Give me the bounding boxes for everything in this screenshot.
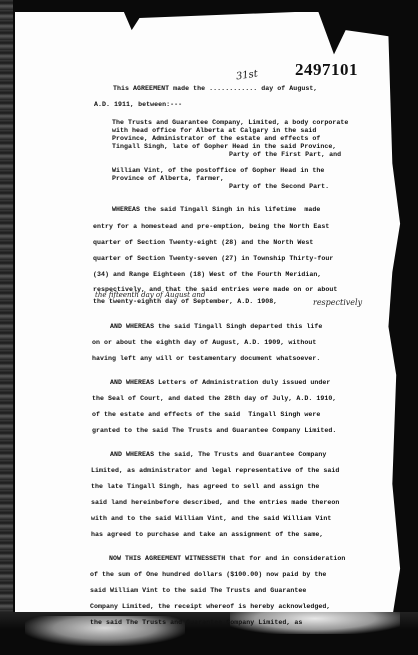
document-line: AND WHEREAS the said, The Trusts and Gua… xyxy=(110,452,326,459)
document-line: the Seal of Court, and dated the 28th da… xyxy=(92,396,336,403)
document-line: Company Limited, the receipt whereof is … xyxy=(90,604,330,611)
document-line: WHEREAS the said Tingall Singh in his li… xyxy=(112,207,320,214)
document-line: on or about the eighth day of August, A.… xyxy=(92,340,316,347)
scan-left-edge xyxy=(0,0,13,655)
document-page xyxy=(15,12,404,617)
document-number: 2497101 xyxy=(295,60,358,80)
document-line: Province of Alberta, farmer, xyxy=(112,176,224,183)
document-line: Province, Administrator of the estate an… xyxy=(112,136,320,143)
document-line: with head office for Alberta at Calgary … xyxy=(112,128,316,135)
document-line: Tingall Singh, late of Gopher Head in th… xyxy=(112,144,336,151)
document-line: the late Tingall Singh, has agreed to se… xyxy=(91,484,319,491)
document-line: AND WHEREAS Letters of Administration du… xyxy=(110,380,330,387)
document-line: AND WHEREAS the said Tingall Singh depar… xyxy=(110,324,322,331)
document-line: quarter of Section Twenty-eight (28) and… xyxy=(93,240,313,247)
document-line: The Trusts and Guarantee Company, Limite… xyxy=(112,120,348,127)
document-line: Limited, as administrator and legal repr… xyxy=(91,468,339,475)
document-line: granted to the said The Trusts and Guara… xyxy=(92,428,336,435)
document-line: entry for a homestead and pre-emption, b… xyxy=(93,224,329,231)
document-line: A.D. 1911, between:--- xyxy=(94,102,182,109)
document-line: NOW THIS AGREEMENT WITNESSETH that for a… xyxy=(109,556,345,563)
document-line: respectively, and that the said entries … xyxy=(93,287,337,294)
handwritten-respectively: respectively xyxy=(313,298,362,307)
document-line: William Vint, of the postoffice of Gophe… xyxy=(112,168,324,175)
document-line: with and to the said William Vint, and t… xyxy=(91,516,331,523)
document-line: the twenty-eighth day of September, A.D.… xyxy=(93,299,277,306)
document-line: Party of the First Part, and xyxy=(229,152,341,159)
document-line: of the sum of One hundred dollars ($100.… xyxy=(90,572,326,579)
document-line: Party of the Second Part. xyxy=(229,184,329,191)
document-line: the said The Trusts and Guarantee Compan… xyxy=(90,620,302,627)
document-line: (34) and Range Eighteen (18) West of the… xyxy=(93,272,321,279)
document-line: This AGREEMENT made the ............ day… xyxy=(113,86,317,93)
document-line: has agreed to purchase and take an assig… xyxy=(91,532,323,539)
document-line: of the estate and effects of the said Ti… xyxy=(92,412,320,419)
document-line: quarter of Section Twenty-seven (27) in … xyxy=(93,256,333,263)
document-line: said land hereinbefore described, and th… xyxy=(91,500,339,507)
document-line: having left any will or testamentary doc… xyxy=(92,356,320,363)
document-line: said William Vint to the said The Trusts… xyxy=(90,588,306,595)
